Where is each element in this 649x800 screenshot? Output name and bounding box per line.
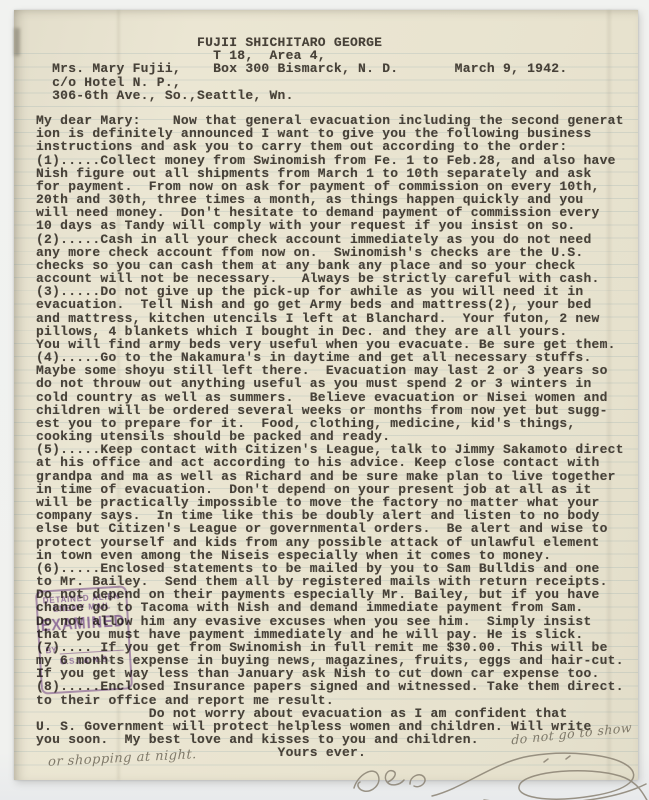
- stamp-text-examined: EXAMINED: [40, 612, 126, 636]
- typed-line: at his office and act according to his a…: [36, 456, 634, 469]
- typed-line: 306-6th Ave., So.,Seattle, Wn.: [36, 89, 634, 102]
- typed-line: to their office and report me result.: [36, 694, 634, 707]
- typed-line: Nish figure out all shipments from March…: [36, 167, 634, 180]
- typed-line: evacuation. Tell Nish and go get Army be…: [36, 298, 634, 311]
- stamp-text-agency: U.S.I.& N.S.: [60, 654, 111, 666]
- typed-line: and mattress, kitchen utencils I left at…: [36, 312, 634, 325]
- typed-line: (1).....Collect money from Swinomish fro…: [36, 154, 634, 167]
- typed-line: do not throuw out anything useful as you…: [36, 377, 634, 390]
- typed-line: protect yourself and kids from any possi…: [36, 536, 634, 549]
- typed-line: in time of evacuation. Don't depend on y…: [36, 483, 634, 496]
- censor-stamp: DETAINED ALIEN ENEMY MAIL EXAMINED BY U.…: [35, 585, 133, 694]
- typed-line: 10 days as Tandy will comply with your r…: [36, 219, 634, 232]
- typed-line: Do not worry about evacuation as I am co…: [36, 707, 634, 720]
- signature-handwriting: [344, 746, 649, 800]
- letter-paper: FUJII SHICHITARO GEORGE T 18, Area 4, Mr…: [14, 10, 638, 780]
- page-background: FUJII SHICHITARO GEORGE T 18, Area 4, Mr…: [0, 0, 649, 800]
- typed-line: (2).....Cash in all your check account i…: [36, 233, 634, 246]
- typed-line: grandpa and ma as well as Richard and be…: [36, 470, 634, 483]
- typed-line: any more check account ffom now on. Swin…: [36, 246, 634, 259]
- letter-header: FUJII SHICHITARO GEORGE T 18, Area 4, Mr…: [36, 36, 634, 102]
- typed-line: c/o Hotel N. P.,: [36, 76, 634, 89]
- typed-line: instructions and ask you to carry them o…: [36, 140, 634, 153]
- stamp-by-blank-line: [59, 643, 123, 655]
- typed-line: children will be ordered several weeks o…: [36, 404, 634, 417]
- typed-line: pillows, 4 blankets which I bought in De…: [36, 325, 634, 338]
- paper-edge-smudge: [14, 28, 20, 56]
- typed-line: in town even among the Niseis especially…: [36, 549, 634, 562]
- typed-line: Mrs. Mary Fujii, Box 300 Bismarck, N. D.…: [36, 62, 634, 75]
- typed-line: cold country as well as summers. Believe…: [36, 391, 634, 404]
- typed-line: else but Citizen's League or governmenta…: [36, 522, 634, 535]
- stamp-text-by: BY: [45, 646, 57, 656]
